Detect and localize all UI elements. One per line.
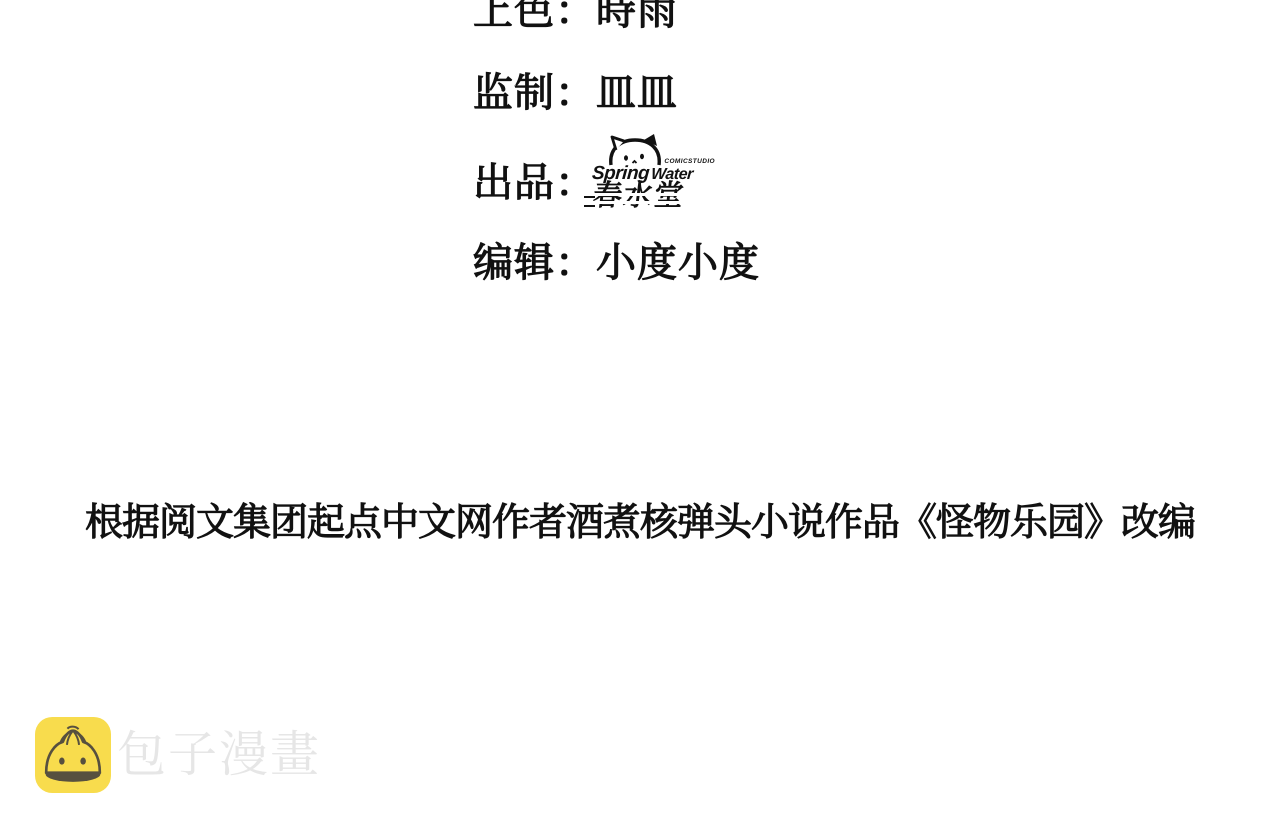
comic-credits-page: 上色：時雨 监制：皿皿 出品： COMICSTUDIO SpringWater …	[0, 0, 1280, 824]
credit-row-editing: 编辑：小度小度	[473, 243, 760, 283]
logo-speed-line	[584, 196, 595, 198]
credit-row-supervision: 监制：皿皿	[473, 73, 678, 113]
credit-label-production: 出品：	[473, 161, 596, 205]
watermark-brand-text: 包子漫畫	[117, 731, 321, 780]
adaptation-notice: 根据阅文集团起点中文网作者酒煮核弹头小说作品《怪物乐园》改编	[85, 504, 1195, 542]
logo-speed-line	[584, 205, 595, 207]
logo-speed-line	[591, 201, 711, 204]
credit-label-supervision: 监制：	[473, 71, 596, 115]
credit-label-editing: 编辑：	[473, 241, 596, 285]
credit-value-coloring: 時雨	[596, 0, 678, 33]
credit-value-editing: 小度小度	[596, 241, 760, 285]
logo-speed-line	[591, 193, 711, 196]
logo-name-cn: 春水堂	[591, 182, 686, 211]
studio-logo: COMICSTUDIO SpringWater 春水堂	[591, 134, 715, 218]
credit-row-production: 出品：	[473, 163, 596, 203]
baozi-mascot-icon	[35, 717, 111, 793]
credit-label-coloring: 上色：	[473, 0, 596, 33]
credit-value-supervision: 皿皿	[596, 71, 678, 115]
credit-row-coloring: 上色：時雨	[473, 0, 678, 31]
